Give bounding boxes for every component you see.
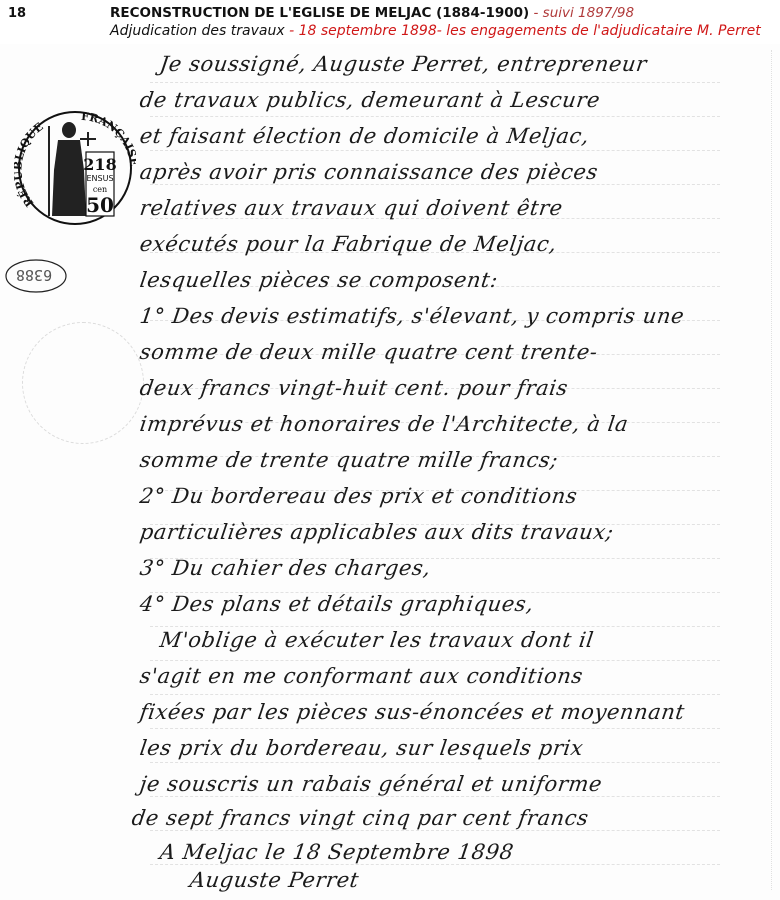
svg-text:50: 50 [86,193,114,217]
ruled-line [150,694,720,695]
ruled-line [150,830,720,831]
ruled-line [150,626,720,627]
manuscript-line: 3° Du cahier des charges, [138,556,761,580]
manuscript-line: M'oblige à exécuter les travaux dont il [158,628,780,652]
manuscript-line: je souscris un rabais général et uniform… [138,772,761,796]
page-header: 18 RECONSTRUCTION DE L'EGLISE DE MELJAC … [0,0,780,44]
document-title: RECONSTRUCTION DE L'EGLISE DE MELJAC (18… [110,5,634,21]
svg-text:RÉPUBLIQUE: RÉPUBLIQUE [14,120,46,209]
svg-text:ENSUS: ENSUS [86,174,113,183]
manuscript-line: exécutés pour la Fabrique de Meljac, [138,232,761,256]
svg-text:6388: 6388 [16,266,52,284]
title-suffix: - suivi 1897/98 [529,5,634,21]
document-subtitle: Adjudication des travaux - 18 septembre … [110,23,761,39]
ruled-line [150,864,720,865]
manuscript-line: relatives aux travaux qui doivent être [138,196,761,220]
subtitle-main: Adjudication des travaux [110,23,285,39]
manuscript-line: particulières applicables aux dits trava… [138,520,761,544]
ruled-line [150,184,720,185]
ruled-line [150,796,720,797]
manuscript-line: lesquelles pièces se composent: [138,268,761,292]
page-edge [771,50,772,890]
manuscript-line: s'agit en me conformant aux conditions [138,664,761,688]
manuscript-line: de sept francs vingt cinq par cent franc… [130,806,753,830]
manuscript-line: deux francs vingt-huit cent. pour frais [138,376,761,400]
manuscript-line: et faisant élection de domicile à Meljac… [138,124,761,148]
manuscript-line: 1° Des devis estimatifs, s'élevant, y co… [138,304,761,328]
faded-seal-icon [22,322,144,444]
manuscript-line: les prix du bordereau, sur lesquels prix [138,736,761,760]
manuscript-line: après avoir pris connaissance des pièces [138,160,761,184]
svg-text:218: 218 [83,155,116,174]
ruled-line [150,762,720,763]
title-main: RECONSTRUCTION DE L'EGLISE DE MELJAC (18… [110,5,529,21]
manuscript-line: somme de deux mille quatre cent trente- [138,340,761,364]
ruled-line [150,150,720,151]
ruled-line [150,82,720,83]
subtitle-detail: - 18 septembre 1898- les engagements de … [285,23,761,39]
ruled-line [150,728,720,729]
manuscript-line: 2° Du bordereau des prix et conditions [138,484,761,508]
ruled-line [150,116,720,117]
manuscript-line: fixées par les pièces sus-énoncées et mo… [138,700,761,724]
manuscript-line: 4° Des plans et détails graphiques, [138,592,761,616]
manuscript-line: Je soussigné, Auguste Perret, entreprene… [158,52,780,76]
manuscript-line: somme de trente quatre mille francs; [138,448,761,472]
manuscript-line: de travaux publics, demeurant à Lescure [138,88,761,112]
fiscal-stamp-icon: RÉPUBLIQUE FRANÇAISE 218 ENSUS cen 50 [14,108,136,226]
signature: Auguste Perret [188,868,780,892]
place-and-date: A Meljac le 18 Septembre 1898 [158,840,780,864]
ruled-line [150,660,720,661]
register-number-oval: 6388 [4,256,70,296]
manuscript-line: imprévus et honoraires de l'Architecte, … [138,412,761,436]
page-number: 18 [8,6,26,21]
